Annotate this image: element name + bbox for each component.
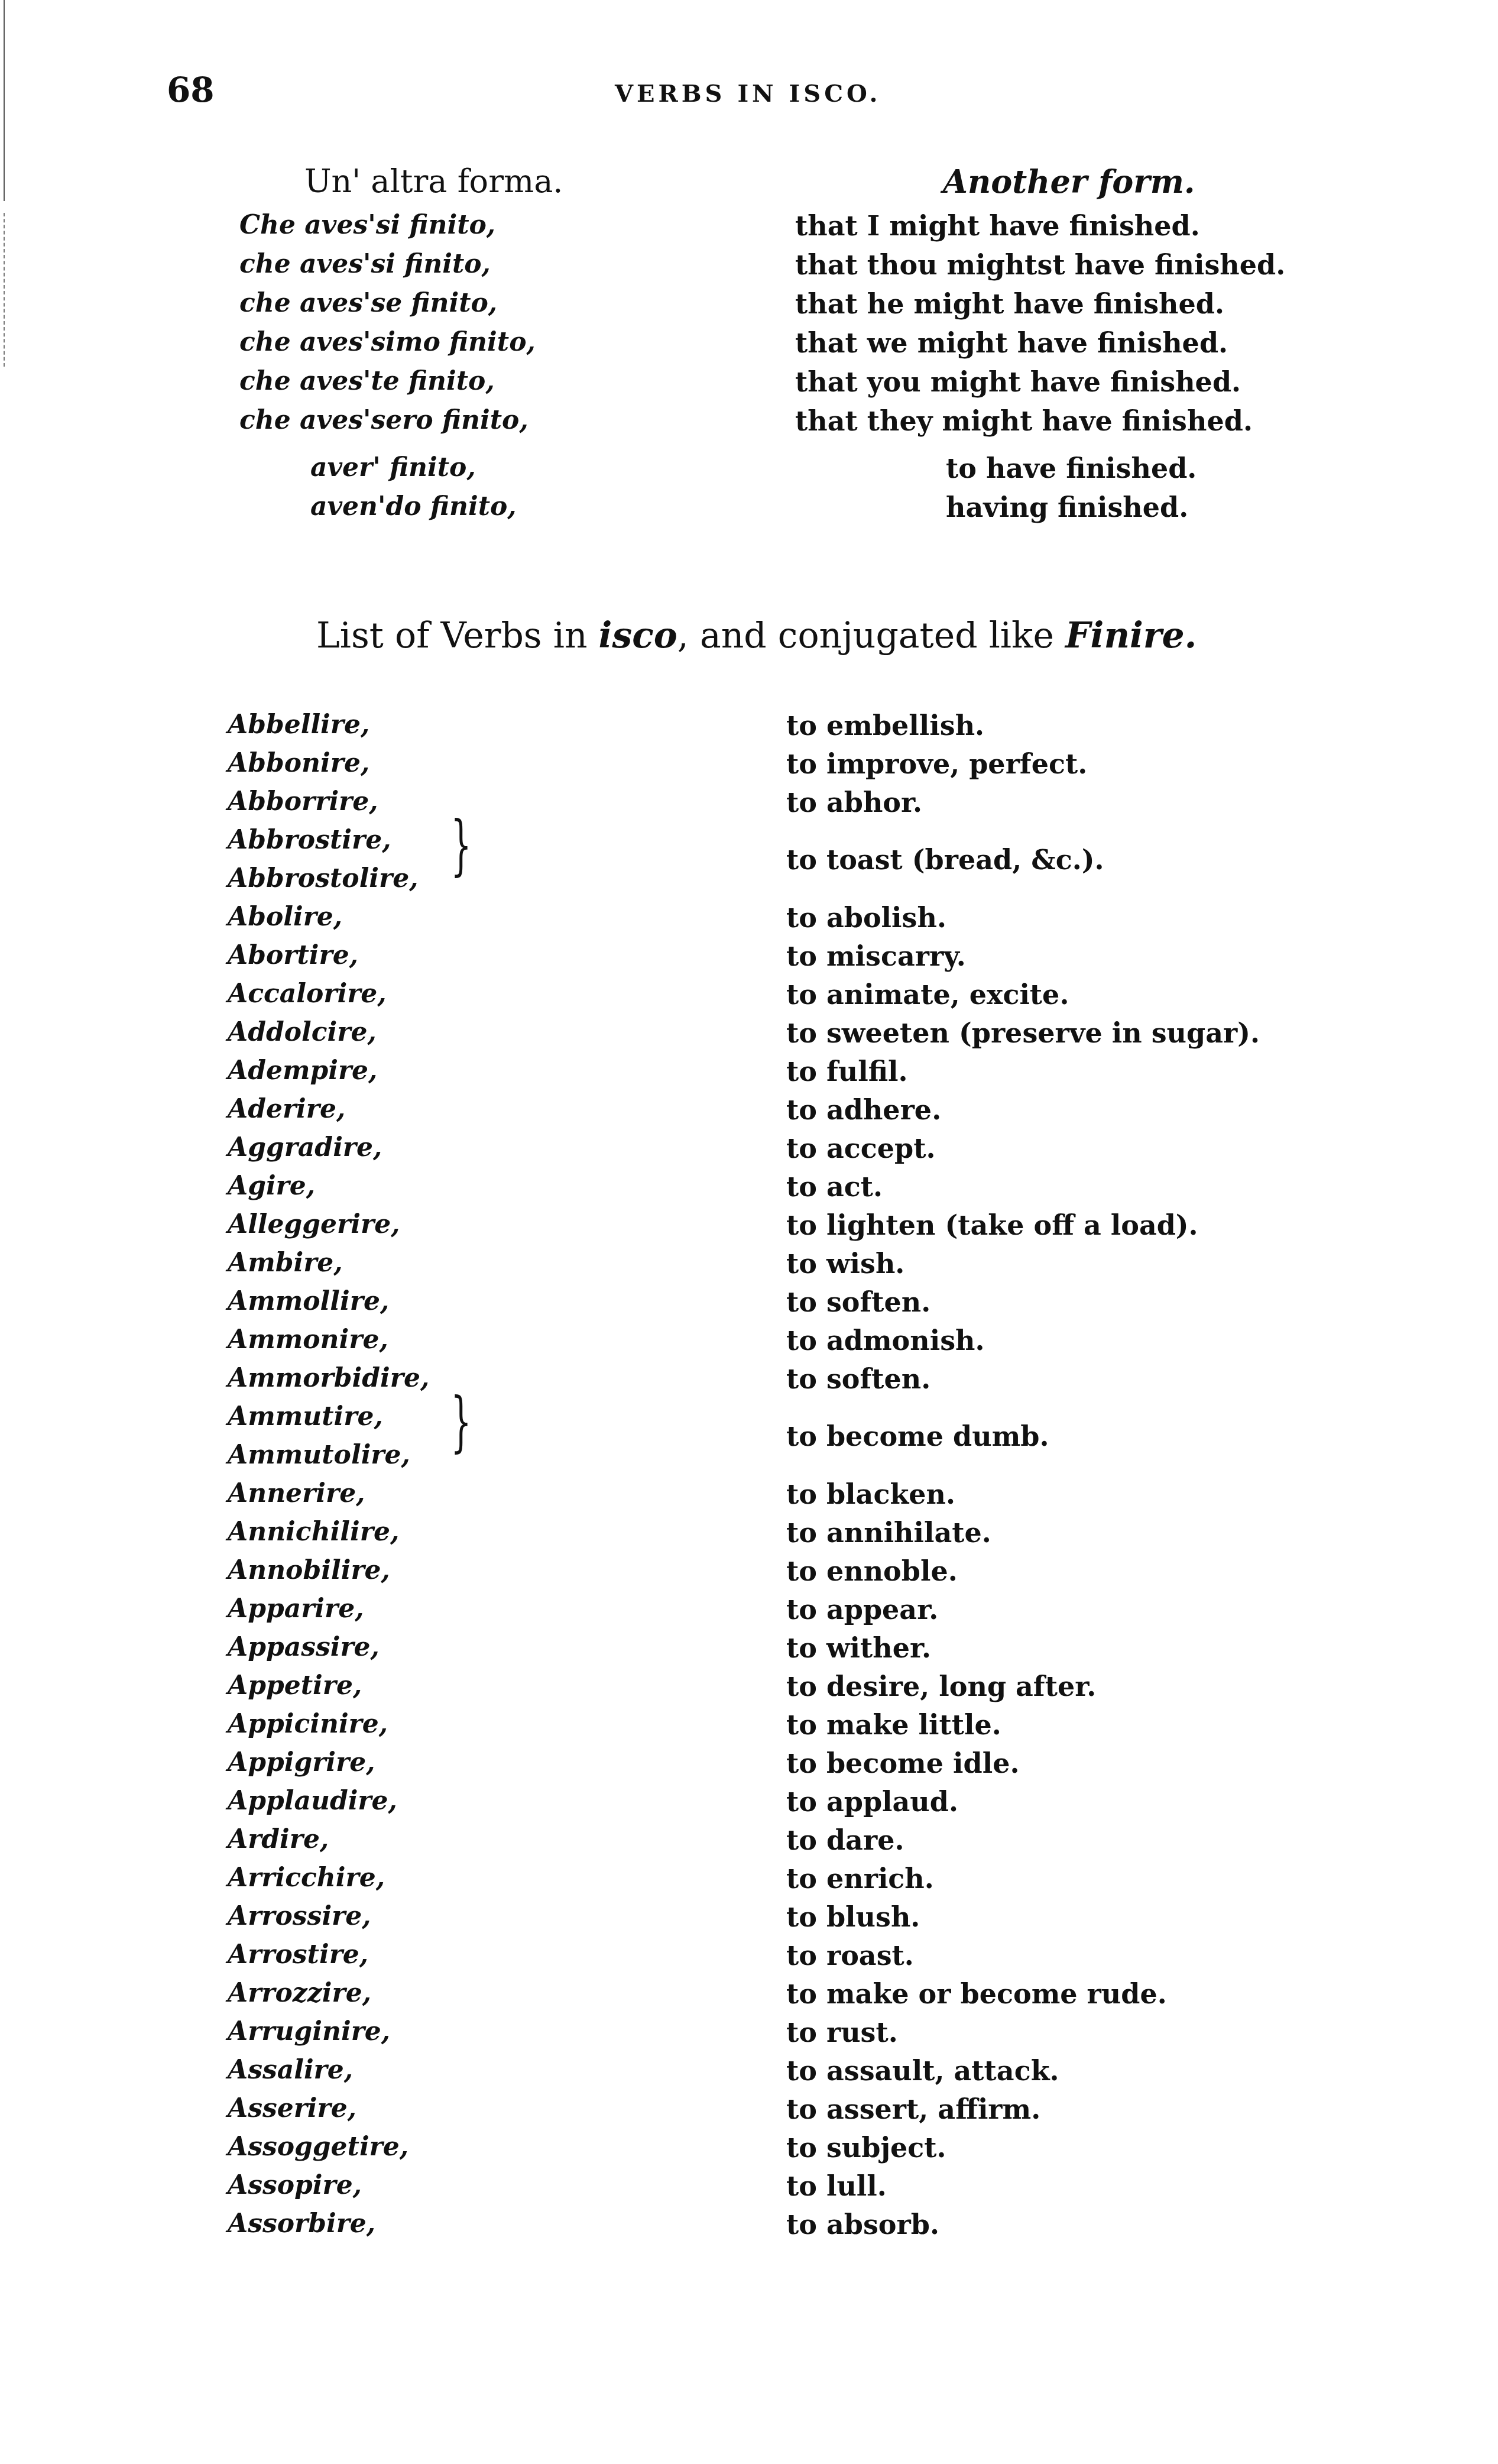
verb-italian: Agire,: [228, 1171, 315, 1201]
verb-english: to toast (bread, &c.).: [786, 844, 1104, 876]
verb-italian: Appetire,: [228, 1670, 362, 1701]
verb-english: to become dumb.: [786, 1420, 1049, 1452]
verb-english: to assert, affirm.: [786, 2093, 1040, 2125]
verb-italian: Assopire,: [228, 2170, 362, 2200]
verb-english: to make or become rude.: [786, 1978, 1167, 2010]
verb-italian: Apparire,: [228, 1594, 364, 1624]
english-form: that I might have finished.: [795, 210, 1200, 242]
italian-form: che aves'te finito,: [239, 366, 495, 396]
verb-english: to roast.: [786, 1940, 914, 1971]
verb-italian: Aderire,: [228, 1094, 345, 1124]
verb-italian: Abbrostolire,: [228, 863, 419, 893]
italian-form: che aves'sero finito,: [239, 405, 528, 435]
verb-italian: Adempire,: [228, 1055, 377, 1086]
verb-english: to appear.: [786, 1594, 938, 1626]
verb-english: to abolish.: [786, 902, 946, 934]
verb-english: to applaud.: [786, 1786, 958, 1818]
verb-english: to desire, long after.: [786, 1670, 1096, 1702]
verb-english: to annihilate.: [786, 1517, 991, 1549]
verb-italian: Abbrostire,: [228, 825, 391, 855]
verb-italian: Appicinire,: [228, 1709, 388, 1739]
verb-italian: Assorbire,: [228, 2209, 375, 2239]
verb-italian: Arrostire,: [228, 1940, 368, 1970]
verb-english: to soften.: [786, 1286, 930, 1318]
page-number: 68: [167, 70, 215, 110]
verb-italian: Ambire,: [228, 1248, 343, 1278]
verb-english: to ennoble.: [786, 1555, 958, 1587]
verb-english: to lighten (take off a load).: [786, 1209, 1198, 1241]
page-edge-dashed: [4, 213, 6, 367]
verb-italian: Arricchire,: [228, 1863, 385, 1893]
verb-italian: Asserire,: [228, 2093, 356, 2123]
verb-italian: Arruginire,: [228, 2016, 390, 2047]
verb-italian: Abborrire,: [228, 786, 378, 817]
verb-italian: Applaudire,: [228, 1786, 397, 1816]
verb-italian: Annichilire,: [228, 1517, 399, 1547]
title-text: List of Verbs in: [316, 615, 599, 656]
running-title: VERBS IN ISCO.: [615, 80, 881, 108]
verb-english: to embellish.: [786, 710, 984, 742]
verb-english: to adhere.: [786, 1094, 941, 1126]
verb-english: to make little.: [786, 1709, 1001, 1741]
verb-english: to absorb.: [786, 2209, 939, 2240]
verb-english: to sweeten (preserve in sugar).: [786, 1017, 1260, 1049]
verb-english: to accept.: [786, 1132, 935, 1164]
verb-italian: Ammollire,: [228, 1286, 389, 1316]
page-edge-line: [4, 0, 5, 201]
verb-italian: Ammutolire,: [228, 1440, 410, 1470]
verb-italian: Assoggetire,: [228, 2132, 408, 2162]
english-form: that they might have finished.: [795, 405, 1253, 437]
verb-english: to lull.: [786, 2170, 887, 2202]
verb-italian: Annobilire,: [228, 1555, 390, 1585]
verb-english: to fulfil.: [786, 1055, 908, 1087]
verb-english: to rust.: [786, 2016, 898, 2048]
verb-english: to assault, attack.: [786, 2055, 1059, 2087]
verb-italian: Alleggerire,: [228, 1209, 400, 1239]
verb-english: to improve, perfect.: [786, 748, 1087, 780]
english-form: that he might have finished.: [795, 288, 1224, 320]
verb-italian: Ammorbidire,: [228, 1363, 429, 1393]
verb-english: to dare.: [786, 1824, 904, 1856]
verb-italian: Arrozzire,: [228, 1978, 371, 2008]
verb-english: to act.: [786, 1171, 883, 1203]
verb-italian: Arrossire,: [228, 1901, 371, 1931]
italian-infinitive: aver' finito,: [310, 452, 476, 483]
verb-italian: Abbellire,: [228, 710, 369, 740]
grouping-brace: }: [451, 1384, 472, 1459]
english-heading: Another form.: [943, 163, 1195, 200]
verb-italian: Ardire,: [228, 1824, 329, 1854]
verb-english: to blacken.: [786, 1478, 955, 1510]
list-title: List of Verbs in isco, and conjugated li…: [316, 615, 1197, 656]
english-form: that thou mightst have finished.: [795, 249, 1285, 281]
italian-heading: Un' altra forma.: [304, 163, 563, 200]
verb-italian: Ammonire,: [228, 1325, 388, 1355]
verb-italian: Annerire,: [228, 1478, 365, 1508]
verb-english: to blush.: [786, 1901, 920, 1933]
verb-italian: Aggradire,: [228, 1132, 382, 1163]
english-infinitive: to have finished.: [946, 452, 1197, 484]
italian-infinitive: aven'do finito,: [310, 491, 517, 522]
verb-english: to animate, excite.: [786, 979, 1069, 1011]
verb-english: to enrich.: [786, 1863, 934, 1895]
english-infinitive: having finished.: [946, 491, 1188, 523]
verb-italian: Ammutire,: [228, 1401, 383, 1432]
english-form: that we might have finished.: [795, 327, 1228, 359]
verb-english: to abhor.: [786, 786, 922, 818]
verb-italian: Abbonire,: [228, 748, 369, 778]
verb-english: to wish.: [786, 1248, 904, 1280]
title-text-mid: , and conjugated like: [677, 615, 1065, 656]
italian-form: Che aves'si finito,: [239, 210, 495, 240]
verb-english: to admonish.: [786, 1325, 985, 1356]
italian-form: che aves'si finito,: [239, 249, 491, 279]
verb-italian: Abortire,: [228, 940, 358, 970]
title-italic-isco: isco: [599, 615, 677, 656]
verb-english: to wither.: [786, 1632, 931, 1664]
verb-italian: Assalire,: [228, 2055, 353, 2085]
verb-english: to soften.: [786, 1363, 930, 1395]
verb-english: to subject.: [786, 2132, 946, 2164]
verb-italian: Appassire,: [228, 1632, 380, 1662]
verb-italian: Accalorire,: [228, 979, 387, 1009]
italian-form: che aves'simo finito,: [239, 327, 536, 357]
italian-form: che aves'se finito,: [239, 288, 497, 318]
verb-english: to become idle.: [786, 1747, 1019, 1779]
verb-english: to miscarry.: [786, 940, 966, 972]
verb-italian: Addolcire,: [228, 1017, 377, 1047]
verb-italian: Abolire,: [228, 902, 342, 932]
english-form: that you might have finished.: [795, 366, 1241, 398]
title-italic-finire: Finire.: [1065, 615, 1197, 656]
verb-italian: Appigrire,: [228, 1747, 375, 1777]
grouping-brace: }: [451, 807, 472, 883]
